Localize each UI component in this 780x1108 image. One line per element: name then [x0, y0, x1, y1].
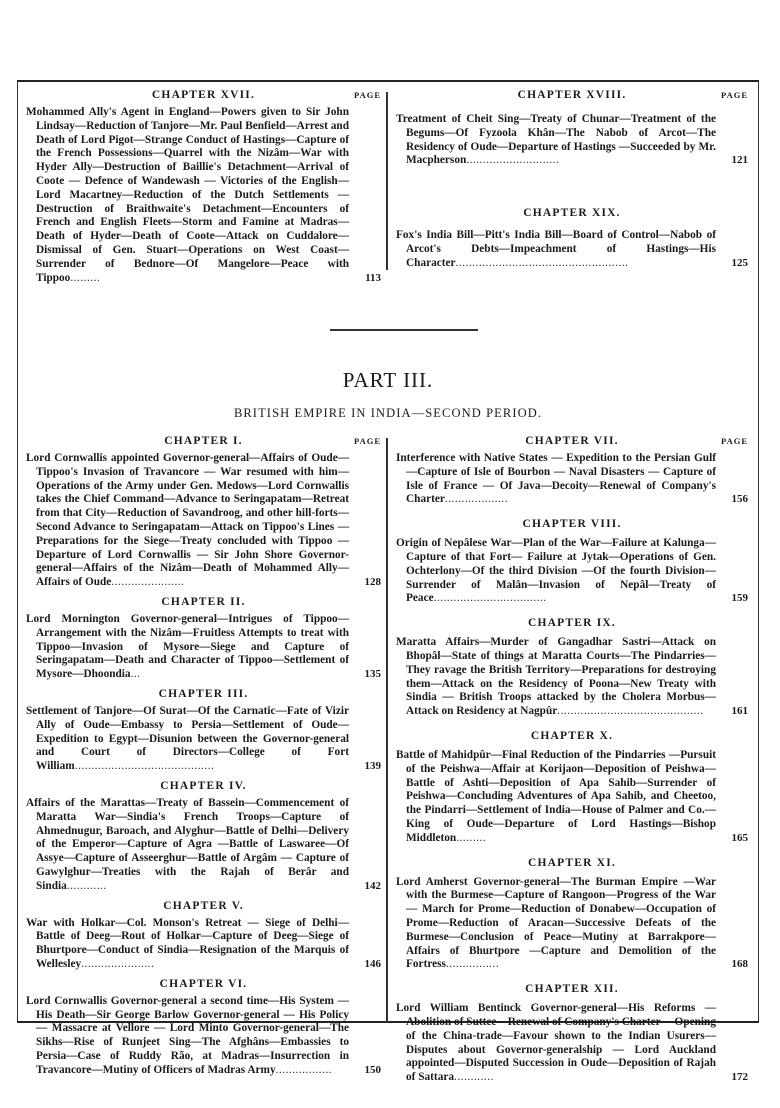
- chapter-title: CHAPTER VIII.: [522, 518, 621, 530]
- chapter-summary: Lord William Bentinck Governor-general—H…: [396, 1002, 748, 1085]
- chapter-title: CHAPTER XVII.: [152, 89, 255, 101]
- chapter-entry-ix: CHAPTER IX. Maratta Affairs—Murder of Ga…: [396, 616, 748, 719]
- chapter-title: CHAPTER I.: [164, 435, 242, 447]
- chapter-entry-ii: CHAPTER II. Lord Mornington Governor-gen…: [26, 595, 381, 682]
- chapter-summary: Battle of Mahidpûr—Final Reduction of th…: [396, 749, 748, 846]
- chapter-title: CHAPTER XIX.: [523, 207, 620, 219]
- chapter-heading: CHAPTER III.: [26, 687, 381, 702]
- chapter-summary-text: Lord Amherst Governor-general—The Burman…: [396, 876, 716, 971]
- chapter-summary: Settlement of Tanjore—Of Surat—Of the Ca…: [26, 705, 381, 774]
- page-number: 125: [742, 257, 749, 271]
- leader-dots: .........: [70, 272, 100, 284]
- chapter-summary: Interference with Native States — Expedi…: [396, 452, 748, 507]
- leader-dots: ........................................…: [75, 760, 215, 772]
- chapter-heading: CHAPTER XI.: [396, 856, 748, 871]
- leader-dots: .........: [456, 832, 486, 844]
- chapter-title: CHAPTER IV.: [160, 780, 246, 792]
- chapter-title: CHAPTER VI.: [160, 978, 248, 990]
- leader-dots: ............: [454, 1071, 494, 1083]
- bottom-left-column: CHAPTER I. PAGE Lord Cornwallis appointe…: [26, 434, 381, 1077]
- chapter-heading: CHAPTER I. PAGE: [26, 434, 381, 449]
- chapter-summary: War with Holkar—Col. Monson's Retreat — …: [26, 917, 381, 972]
- leader-dots: ..................................: [434, 592, 547, 604]
- chapter-title: CHAPTER V.: [163, 900, 244, 912]
- page-column-label: PAGE: [721, 434, 748, 449]
- leader-dots: ...................: [445, 493, 508, 505]
- chapter-heading: CHAPTER VI.: [26, 977, 381, 992]
- chapter-entry-iv: CHAPTER IV. Affairs of the Marattas—Trea…: [26, 779, 381, 894]
- section-divider-rule: [330, 329, 478, 331]
- leader-dots: ........................................…: [557, 705, 703, 717]
- chapter-heading: CHAPTER XIX.: [396, 206, 748, 221]
- chapter-entry-v: CHAPTER V. War with Holkar—Col. Monson's…: [26, 899, 381, 972]
- page-number: 142: [375, 880, 382, 894]
- chapter-heading: CHAPTER IX.: [396, 616, 748, 631]
- chapter-summary: Origin of Nepâlese War—Plan of the War—F…: [396, 537, 748, 606]
- top-contents-section: CHAPTER XVII. PAGE Mohammed Ally's Agent…: [18, 82, 758, 272]
- leader-dots: ................: [446, 958, 499, 970]
- leader-dots: ........................................…: [456, 257, 629, 269]
- chapter-title: CHAPTER X.: [531, 730, 613, 742]
- part-title: PART III.: [18, 368, 758, 393]
- page-number: 121: [742, 154, 749, 168]
- chapter-summary: Lord Mornington Governor-general—Intrigu…: [26, 613, 381, 682]
- chapter-summary: Mohammed Ally's Agent in England—Powers …: [26, 106, 381, 285]
- chapter-entry-vii: CHAPTER VII. PAGE Interference with Nati…: [396, 434, 748, 507]
- page-number: 135: [375, 668, 382, 682]
- chapter-summary: Lord Amherst Governor-general—The Burman…: [396, 876, 748, 973]
- leader-dots: ............................: [466, 154, 559, 166]
- page-number: 139: [375, 760, 382, 774]
- chapter-heading: CHAPTER XVII. PAGE: [26, 88, 381, 103]
- chapter-entry-xix: CHAPTER XIX. Fox's India Bill—Pitt's Ind…: [396, 206, 748, 270]
- chapter-heading: CHAPTER IV.: [26, 779, 381, 794]
- chapter-title: CHAPTER VII.: [525, 435, 618, 447]
- chapter-summary: Lord Cornwallis Governor-general a secon…: [26, 995, 381, 1078]
- chapter-entry-x: CHAPTER X. Battle of Mahidpûr—Final Redu…: [396, 729, 748, 846]
- chapter-heading: CHAPTER XVIII. PAGE: [396, 88, 748, 103]
- page-column-label: PAGE: [354, 434, 381, 449]
- chapter-title: CHAPTER XVIII.: [518, 89, 627, 101]
- page-number: 165: [742, 832, 749, 846]
- page-number: 150: [375, 1064, 382, 1078]
- leader-dots: ............: [67, 880, 107, 892]
- top-left-column: CHAPTER XVII. PAGE Mohammed Ally's Agent…: [26, 88, 381, 285]
- part-subtitle: BRITISH EMPIRE IN INDIA—SECOND PERIOD.: [18, 406, 758, 421]
- chapter-heading: CHAPTER X.: [396, 729, 748, 744]
- column-separator: [386, 92, 388, 270]
- chapter-summary-text: Lord Mornington Governor-general—Intrigu…: [26, 613, 349, 680]
- chapter-summary: Affairs of the Marattas—Treaty of Bassei…: [26, 797, 381, 894]
- chapter-summary-text: Mohammed Ally's Agent in England—Powers …: [26, 106, 349, 284]
- top-right-column: CHAPTER XVIII. PAGE Treatment of Cheit S…: [396, 88, 748, 271]
- chapter-summary-text: War with Holkar—Col. Monson's Retreat — …: [26, 917, 349, 970]
- chapter-heading: CHAPTER V.: [26, 899, 381, 914]
- page-number: 146: [375, 958, 382, 972]
- chapter-summary: Lord Cornwallis appointed Governor-gener…: [26, 452, 381, 590]
- chapter-entry-xviii: CHAPTER XVIII. PAGE Treatment of Cheit S…: [396, 88, 748, 168]
- leader-dots: ...: [131, 668, 141, 680]
- leader-dots: ......................: [81, 958, 154, 970]
- chapter-summary: Fox's India Bill—Pitt's India Bill—Board…: [396, 229, 748, 270]
- chapter-summary: Treatment of Cheit Sing—Treaty of Chunar…: [396, 113, 748, 168]
- page-number: 159: [742, 592, 749, 606]
- page-number: 168: [742, 958, 749, 972]
- chapter-summary-text: Battle of Mahidpûr—Final Reduction of th…: [396, 749, 716, 844]
- chapter-title: CHAPTER XII.: [525, 983, 619, 995]
- page-column-label: PAGE: [721, 88, 748, 103]
- chapter-title: CHAPTER II.: [161, 596, 245, 608]
- chapter-heading: CHAPTER II.: [26, 595, 381, 610]
- leader-dots: .................: [276, 1064, 333, 1076]
- page-number: 156: [742, 493, 749, 507]
- chapter-title: CHAPTER III.: [159, 688, 249, 700]
- chapter-heading: CHAPTER VII. PAGE: [396, 434, 748, 449]
- chapter-entry-i: CHAPTER I. PAGE Lord Cornwallis appointe…: [26, 434, 381, 590]
- chapter-entry-xii: CHAPTER XII. Lord William Bentinck Gover…: [396, 982, 748, 1085]
- page-number: 128: [375, 576, 382, 590]
- chapter-summary: Maratta Affairs—Murder of Gangadhar Sast…: [396, 636, 748, 719]
- chapter-summary-text: Lord William Bentinck Governor-general—H…: [396, 1002, 716, 1083]
- chapter-heading: CHAPTER VIII.: [396, 517, 748, 532]
- column-separator: [386, 438, 388, 1023]
- leader-dots: ......................: [111, 576, 184, 588]
- chapter-heading: CHAPTER XII.: [396, 982, 748, 997]
- chapter-entry-vi: CHAPTER VI. Lord Cornwallis Governor-gen…: [26, 977, 381, 1078]
- chapter-title: CHAPTER IX.: [528, 617, 616, 629]
- page-frame: CHAPTER XVII. PAGE Mohammed Ally's Agent…: [17, 80, 759, 1023]
- chapter-title: CHAPTER XI.: [528, 857, 616, 869]
- page-number: 113: [375, 272, 381, 286]
- chapter-entry-viii: CHAPTER VIII. Origin of Nepâlese War—Pla…: [396, 517, 748, 606]
- page-number: 161: [742, 705, 749, 719]
- chapter-entry-xi: CHAPTER XI. Lord Amherst Governor-genera…: [396, 856, 748, 973]
- page-column-label: PAGE: [354, 88, 381, 103]
- chapter-summary-text: Lord Cornwallis appointed Governor-gener…: [26, 452, 349, 588]
- page-number: 172: [742, 1071, 749, 1085]
- chapter-entry-xvii: CHAPTER XVII. PAGE Mohammed Ally's Agent…: [26, 88, 381, 285]
- chapter-entry-iii: CHAPTER III. Settlement of Tanjore—Of Su…: [26, 687, 381, 774]
- bottom-right-column: CHAPTER VII. PAGE Interference with Nati…: [396, 434, 748, 1085]
- chapter-summary-text: Affairs of the Marattas—Treaty of Bassei…: [26, 797, 349, 892]
